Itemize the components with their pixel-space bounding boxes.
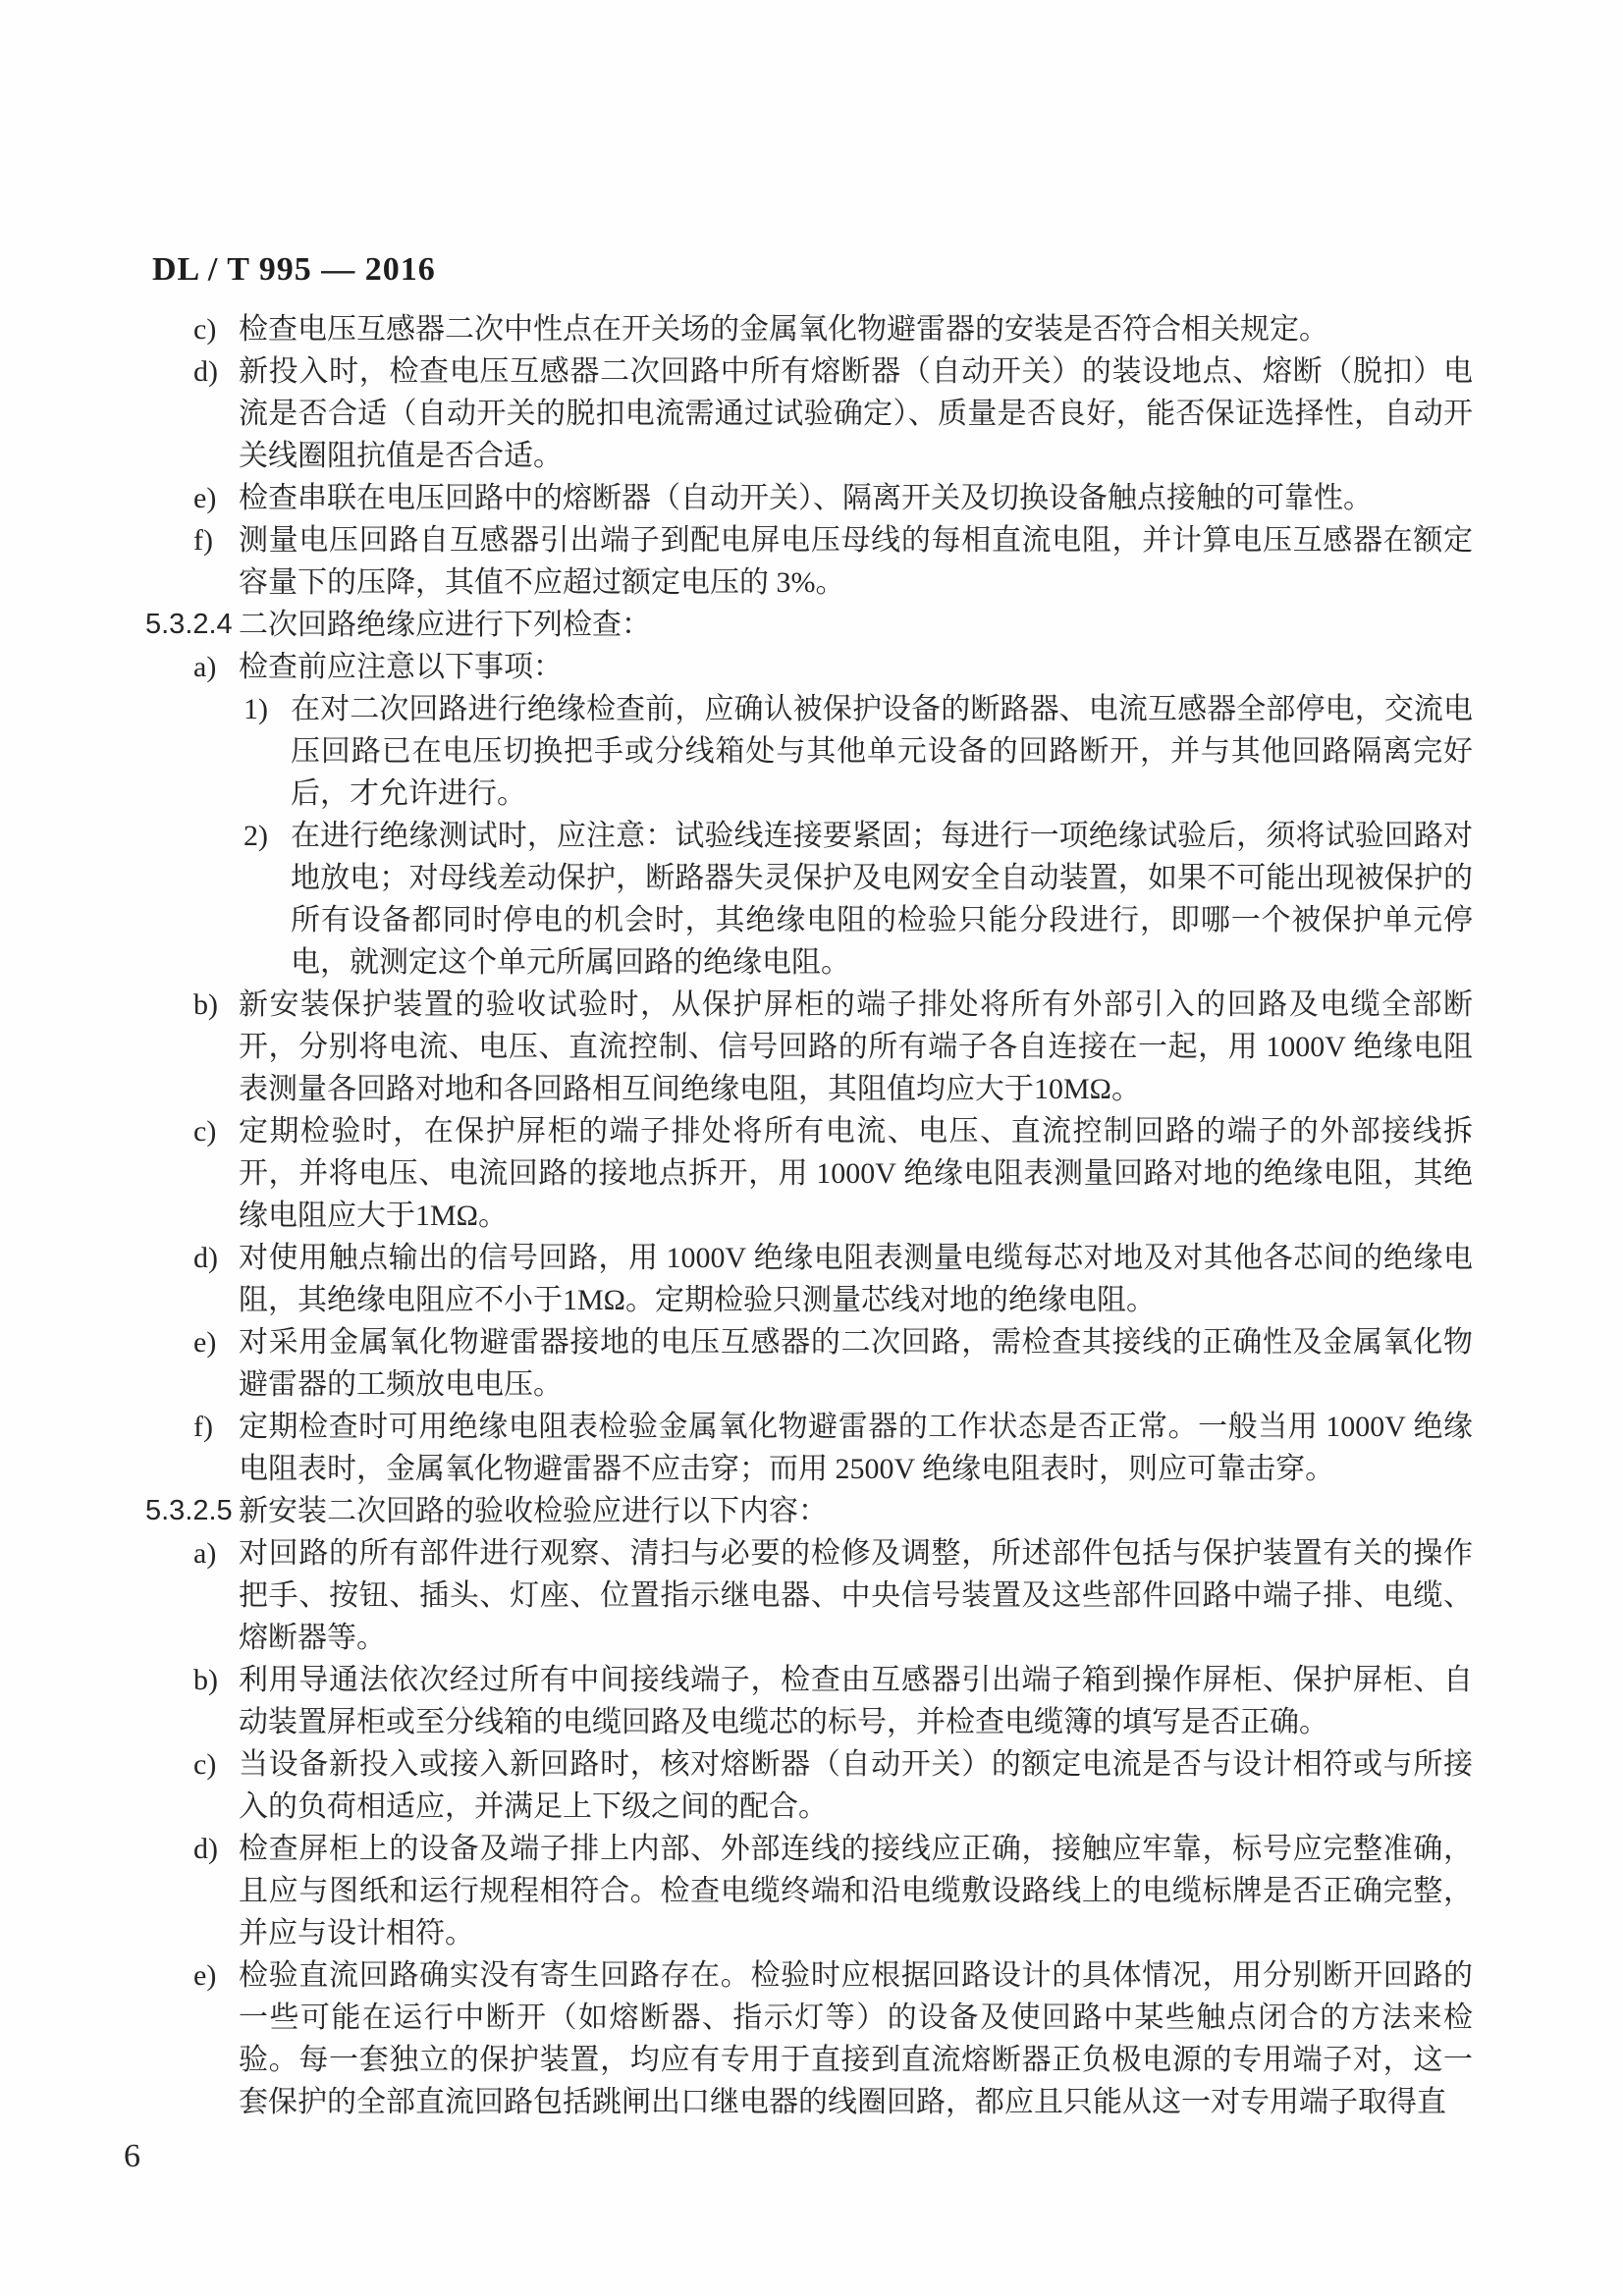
paragraph-text: 定期检验时，在保护屏柜的端子排处将所有电流、电压、直流控制回路的端子的外部接线拆… (239, 1115, 1473, 1232)
paragraph-text: 对回路的所有部件进行观察、清扫与必要的检修及调整，所述部件包括与保护装置有关的操… (239, 1537, 1473, 1654)
list-item: 1)在对二次回路进行绝缘检查前，应确认被保护设备的断路器、电流互感器全部停电，交… (0, 688, 1473, 815)
list-item: a)检查前应注意以下事项： (0, 646, 1473, 688)
list-item: e)检查串联在电压回路中的熔断器（自动开关）、隔离开关及切换设备触点接触的可靠性… (0, 477, 1473, 519)
item-label: d) (193, 1237, 218, 1279)
list-item: b)利用导通法依次经过所有中间接线端子，检查由互感器引出端子箱到操作屏柜、保护屏… (0, 1659, 1473, 1743)
list-item: f)测量电压回路自互感器引出端子到配电屏电压母线的每相直流电阻，并计算电压互感器… (0, 519, 1473, 604)
paragraph-text: 检查前应注意以下事项： (239, 651, 563, 683)
item-label: e) (193, 1321, 216, 1363)
paragraph-text: 新安装二次回路的验收检验应进行以下内容： (239, 1495, 828, 1527)
list-item: 2)在进行绝缘测试时，应注意：试验线连接要紧固；每进行一项绝缘试验后，须将试验回… (0, 815, 1473, 984)
paragraph-text: 在对二次回路进行绝缘检查前，应确认被保护设备的断路器、电流互感器全部停电，交流电… (291, 693, 1473, 810)
item-label: f) (193, 519, 213, 561)
paragraph-text: 检查电压互感器二次中性点在开关场的金属氧化物避雷器的安装是否符合相关规定。 (239, 313, 1328, 346)
list-item: e)检验直流回路确实没有寄生回路存在。检验时应根据回路设计的具体情况，用分别断开… (0, 1954, 1473, 2123)
list-item: d)对使用触点输出的信号回路，用 1000V 绝缘电阻表测量电缆每芯对地及对其他… (0, 1237, 1473, 1321)
paragraph-text: 利用导通法依次经过所有中间接线端子，检查由互感器引出端子箱到操作屏柜、保护屏柜、… (239, 1664, 1473, 1738)
list-item: f)定期检查时可用绝缘电阻表检验金属氧化物避雷器的工作状态是否正常。一般当用 1… (0, 1406, 1473, 1490)
section-paragraph: 5.3.2.5新安装二次回路的验收检验应进行以下内容： (0, 1490, 1473, 1532)
page-number: 6 (124, 2138, 140, 2175)
paragraph-text: 对采用金属氧化物避雷器接地的电压互感器的二次回路，需检查其接线的正确性及金属氧化… (239, 1326, 1473, 1401)
section-number: 5.3.2.5 (145, 1490, 233, 1532)
paragraph-text: 检查串联在电压回路中的熔断器（自动开关）、隔离开关及切换设备触点接触的可靠性。 (239, 482, 1373, 514)
paragraph-text: 对使用触点输出的信号回路，用 1000V 绝缘电阻表测量电缆每芯对地及对其他各芯… (239, 1242, 1473, 1316)
item-label: e) (193, 1954, 216, 1997)
document-body: c)检查电压互感器二次中性点在开关场的金属氧化物避雷器的安装是否符合相关规定。d… (0, 308, 1473, 2123)
item-label: d) (193, 1828, 218, 1870)
item-label: b) (193, 984, 218, 1026)
item-label: 2) (243, 815, 268, 857)
list-item: d)检查屏柜上的设备及端子排上内部、外部连线的接线应正确，接触应牢靠，标号应完整… (0, 1828, 1473, 1954)
paragraph-text: 定期检查时可用绝缘电阻表检验金属氧化物避雷器的工作状态是否正常。一般当用 100… (239, 1411, 1473, 1485)
paragraph-text: 当设备新投入或接入新回路时，核对熔断器（自动开关）的额定电流是否与设计相符或与所… (239, 1748, 1473, 1823)
paragraph-text: 在进行绝缘测试时，应注意：试验线连接要紧固；每进行一项绝缘试验后，须将试验回路对… (291, 820, 1473, 979)
paragraph-text: 新安装保护装置的验收试验时，从保护屏柜的端子排处将所有外部引入的回路及电缆全部断… (239, 988, 1473, 1105)
paragraph-text: 二次回路绝缘应进行下列检查： (239, 609, 651, 641)
item-label: b) (193, 1659, 218, 1701)
item-label: d) (193, 350, 218, 393)
list-item: e)对采用金属氧化物避雷器接地的电压互感器的二次回路，需检查其接线的正确性及金属… (0, 1321, 1473, 1406)
item-label: c) (193, 308, 216, 350)
list-item: a)对回路的所有部件进行观察、清扫与必要的检修及调整，所述部件包括与保护装置有关… (0, 1532, 1473, 1659)
paragraph-text: 检查屏柜上的设备及端子排上内部、外部连线的接线应正确，接触应牢靠，标号应完整准确… (239, 1833, 1473, 1949)
standard-number-header: DL / T 995 — 2016 (152, 251, 436, 289)
paragraph-text: 检验直流回路确实没有寄生回路存在。检验时应根据回路设计的具体情况，用分别断开回路… (239, 1959, 1473, 2118)
section-number: 5.3.2.4 (145, 604, 233, 646)
list-item: c)当设备新投入或接入新回路时，核对熔断器（自动开关）的额定电流是否与设计相符或… (0, 1743, 1473, 1828)
item-label: 1) (243, 688, 268, 730)
list-item: c)检查电压互感器二次中性点在开关场的金属氧化物避雷器的安装是否符合相关规定。 (0, 308, 1473, 350)
list-item: d)新投入时，检查电压互感器二次回路中所有熔断器（自动开关）的装设地点、熔断（脱… (0, 350, 1473, 477)
item-label: f) (193, 1406, 213, 1448)
item-label: c) (193, 1743, 216, 1786)
section-paragraph: 5.3.2.4二次回路绝缘应进行下列检查： (0, 604, 1473, 646)
list-item: b)新安装保护装置的验收试验时，从保护屏柜的端子排处将所有外部引入的回路及电缆全… (0, 984, 1473, 1110)
item-label: c) (193, 1110, 216, 1152)
item-label: a) (193, 1532, 216, 1575)
paragraph-text: 测量电压回路自互感器引出端子到配电屏电压母线的每相直流电阻，并计算电压互感器在额… (239, 524, 1473, 599)
paragraph-text: 新投入时，检查电压互感器二次回路中所有熔断器（自动开关）的装设地点、熔断（脱扣）… (239, 355, 1473, 472)
list-item: c)定期检验时，在保护屏柜的端子排处将所有电流、电压、直流控制回路的端子的外部接… (0, 1110, 1473, 1237)
document-page: DL / T 995 — 2016 c)检查电压互感器二次中性点在开关场的金属氧… (0, 0, 1623, 2296)
item-label: a) (193, 646, 216, 688)
item-label: e) (193, 477, 216, 519)
